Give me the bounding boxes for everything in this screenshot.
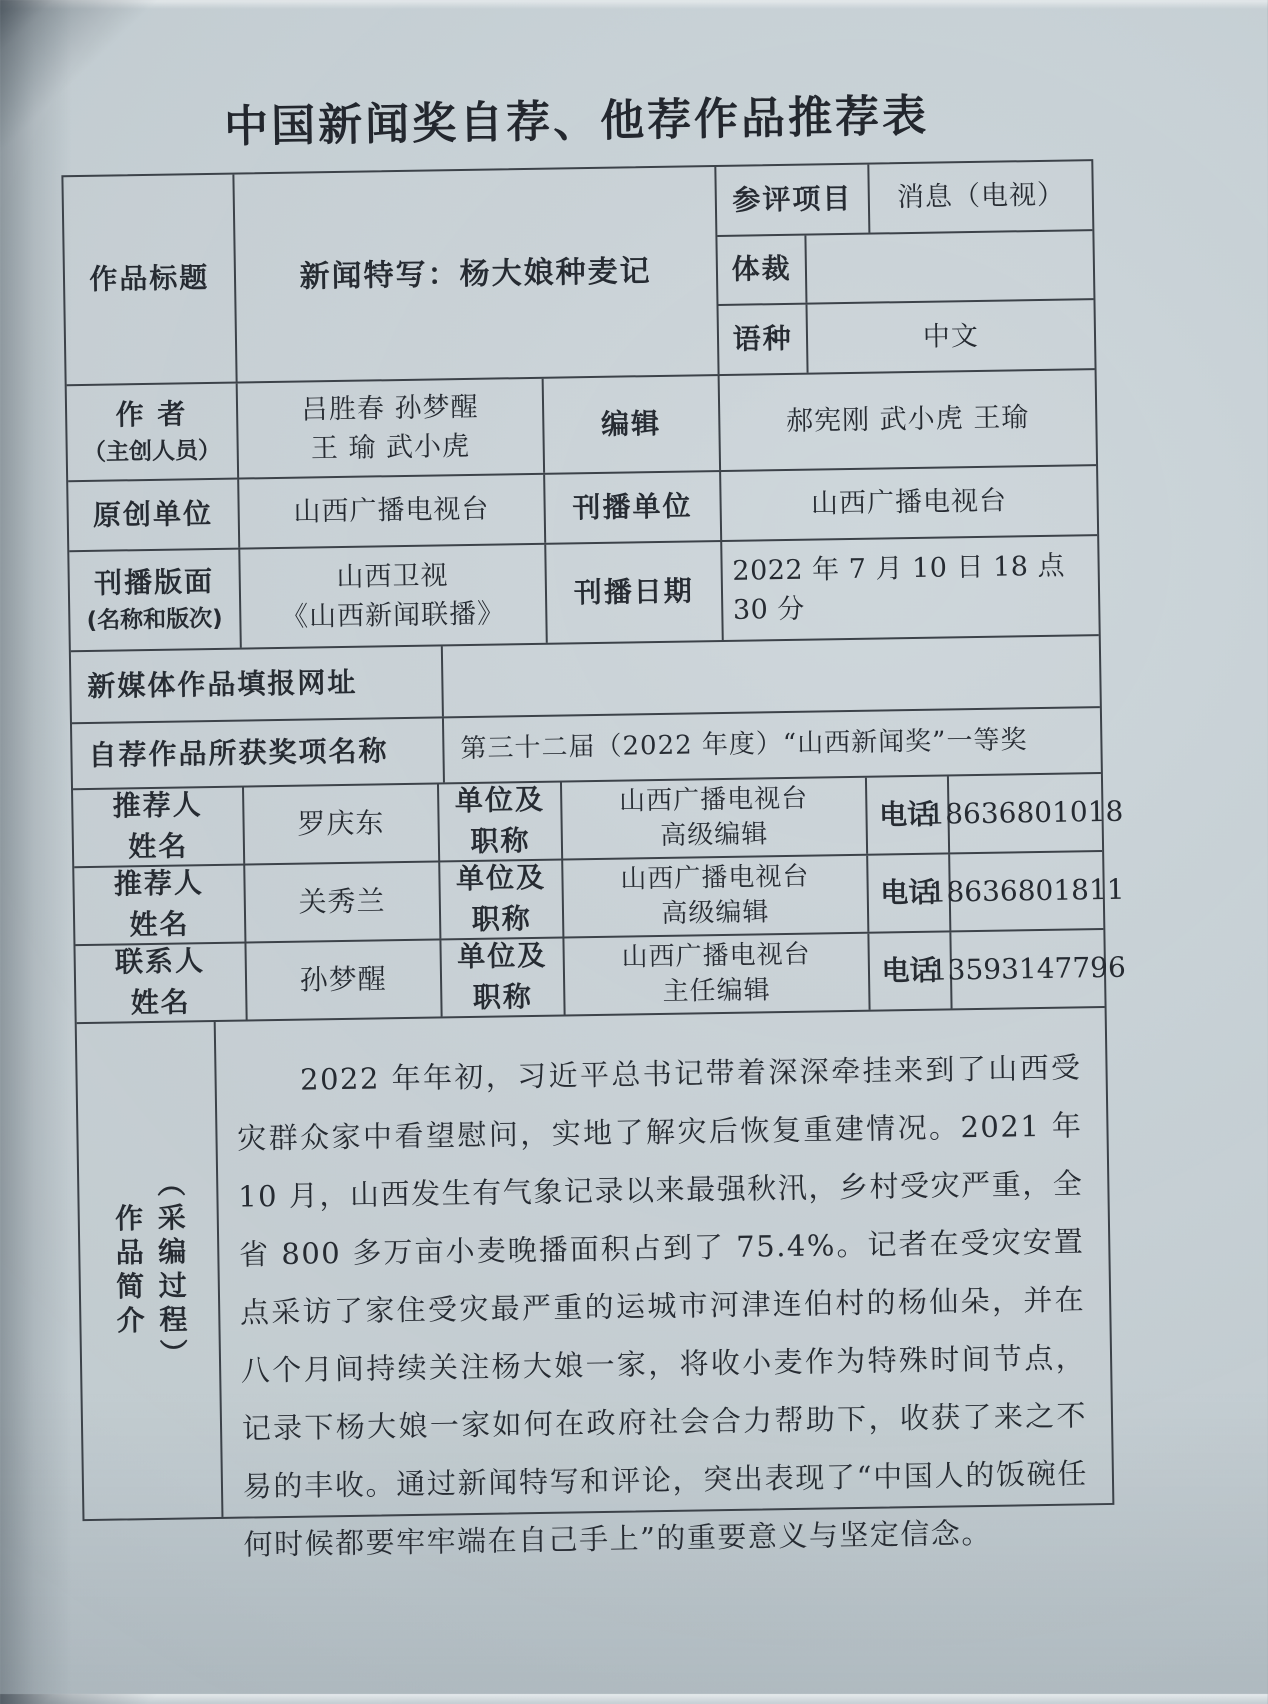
- recommender-row-1: 推荐人 姓名 罗庆东 单位及 职称 山西广播电视台 高级编辑 电话 186368…: [73, 772, 1102, 866]
- publish-unit-value: 山西广播电视台: [719, 466, 1097, 540]
- contact-phone-value: 13593147796: [949, 930, 1104, 1008]
- summary-text: 2022 年年初，习近平总书记带着深深牵挂来到了山西受灾群众家中看望慰问，实地了…: [223, 1012, 1105, 1574]
- contact-phone-value: 18636801018: [947, 774, 1102, 852]
- entry-category-value: 消息（电视）: [868, 161, 1093, 232]
- contact-person-row: 联系人 姓名 孙梦醒 单位及 职称 山西广播电视台 主任编辑 电话 135931…: [75, 928, 1104, 1022]
- publish-page-value: 山西卫视 《山西新闻联播》: [238, 545, 546, 648]
- origin-unit-value: 山西广播电视台: [237, 475, 544, 548]
- language-row: 语种 中文: [718, 298, 1094, 374]
- award-value: 第三十二届（2022 年度）“山西新闻奖”一等奖: [442, 708, 1101, 782]
- authors-label-line2: （主创人员）: [83, 434, 222, 470]
- publish-date-value: 2022 年 7 月 10 日 18 点 30 分: [720, 536, 1099, 640]
- contact-unit-value: 山西广播电视台 主任编辑: [563, 934, 868, 1015]
- recommendation-form-table: 作品标题 新闻特写：杨大娘种麦记 参评项目 消息（电视） 体裁 语种 中文: [61, 159, 1114, 1521]
- genre-value: [804, 231, 1093, 303]
- contact-unit-value: 山西广播电视台 高级编辑: [560, 778, 865, 859]
- summary-label-col-left: 作品简介: [106, 1203, 149, 1340]
- newmedia-url-label: 新媒体作品填报网址: [71, 646, 442, 722]
- publish-page-label: 刊播版面 (名称和版次): [69, 550, 239, 651]
- summary-label-col-right: （采编过程）: [148, 1168, 192, 1373]
- contact-role-label: 联系人 姓名: [75, 944, 245, 1023]
- summary-label: 作品简介 （采编过程）: [77, 1022, 221, 1519]
- publish-page-label-line1: 刊播版面: [94, 562, 215, 604]
- entry-info-subtable: 参评项目 消息（电视） 体裁 语种 中文: [714, 161, 1094, 374]
- language-value: 中文: [805, 300, 1094, 372]
- contact-unit-label: 单位及 职称: [439, 939, 564, 1017]
- contact-unit-label: 单位及 职称: [437, 783, 562, 861]
- origin-unit-label: 原创单位: [68, 480, 238, 551]
- contact-role-label: 推荐人 姓名: [74, 866, 244, 945]
- publish-date-label: 刊播日期: [544, 542, 721, 643]
- contact-role-label: 推荐人 姓名: [73, 788, 243, 867]
- entry-category-label: 参评项目: [716, 165, 869, 235]
- work-title-value: 新闻特写：杨大娘种麦记: [232, 167, 717, 382]
- award-label: 自荐作品所获奖项名称: [72, 718, 443, 788]
- contact-name: 孙梦醒: [244, 940, 440, 1019]
- document-title: 中国新闻奖自荐、他荐作品推荐表: [60, 77, 1093, 157]
- editor-value: 郝宪刚 武小虎 王瑜: [717, 370, 1096, 470]
- authors-value: 吕胜春 孙梦醒 王 瑜 武小虎: [235, 379, 543, 478]
- contact-unit-value: 山西广播电视台 高级编辑: [561, 856, 866, 937]
- authors-label-line1: 作 者: [115, 394, 187, 436]
- genre-label: 体裁: [717, 235, 805, 304]
- recommender-row-2: 推荐人 姓名 关秀兰 单位及 职称 山西广播电视台 高级编辑 电话 186368…: [74, 850, 1103, 944]
- contact-name: 罗庆东: [242, 784, 438, 863]
- language-label: 语种: [718, 305, 806, 374]
- authors-label: 作 者 （主创人员）: [67, 384, 237, 481]
- newmedia-url-value: [441, 636, 1100, 716]
- summary-row: 作品简介 （采编过程） 2022 年年初，习近平总书记带着深深牵挂来到了山西受灾…: [77, 1006, 1113, 1519]
- editor-label: 编辑: [542, 376, 719, 473]
- publish-page-label-line2: (名称和版次): [86, 602, 223, 637]
- contact-name: 关秀兰: [243, 862, 439, 941]
- work-title-label: 作品标题: [63, 175, 235, 385]
- authors-row: 作 者 （主创人员） 吕胜春 孙梦醒 王 瑜 武小虎 编辑 郝宪刚 武小虎 王瑜: [67, 368, 1096, 480]
- work-title-row: 作品标题 新闻特写：杨大娘种麦记 参评项目 消息（电视） 体裁 语种 中文: [63, 161, 1094, 384]
- summary-text-cell: 2022 年年初，习近平总书记带着深深牵挂来到了山西受灾群众家中看望慰问，实地了…: [213, 1008, 1112, 1517]
- publish-unit-label: 刊播单位: [543, 472, 720, 543]
- contact-phone-value: 18636801811: [948, 852, 1103, 930]
- genre-row: 体裁: [717, 229, 1093, 305]
- entry-category-row: 参评项目 消息（电视）: [716, 161, 1092, 235]
- contact-unit-label: 单位及 职称: [438, 861, 563, 939]
- document-sheet: 中国新闻奖自荐、他荐作品推荐表 作品标题 新闻特写：杨大娘种麦记 参评项目 消息…: [0, 0, 1268, 1694]
- publish-page-row: 刊播版面 (名称和版次) 山西卫视 《山西新闻联播》 刊播日期 2022 年 7…: [69, 534, 1098, 650]
